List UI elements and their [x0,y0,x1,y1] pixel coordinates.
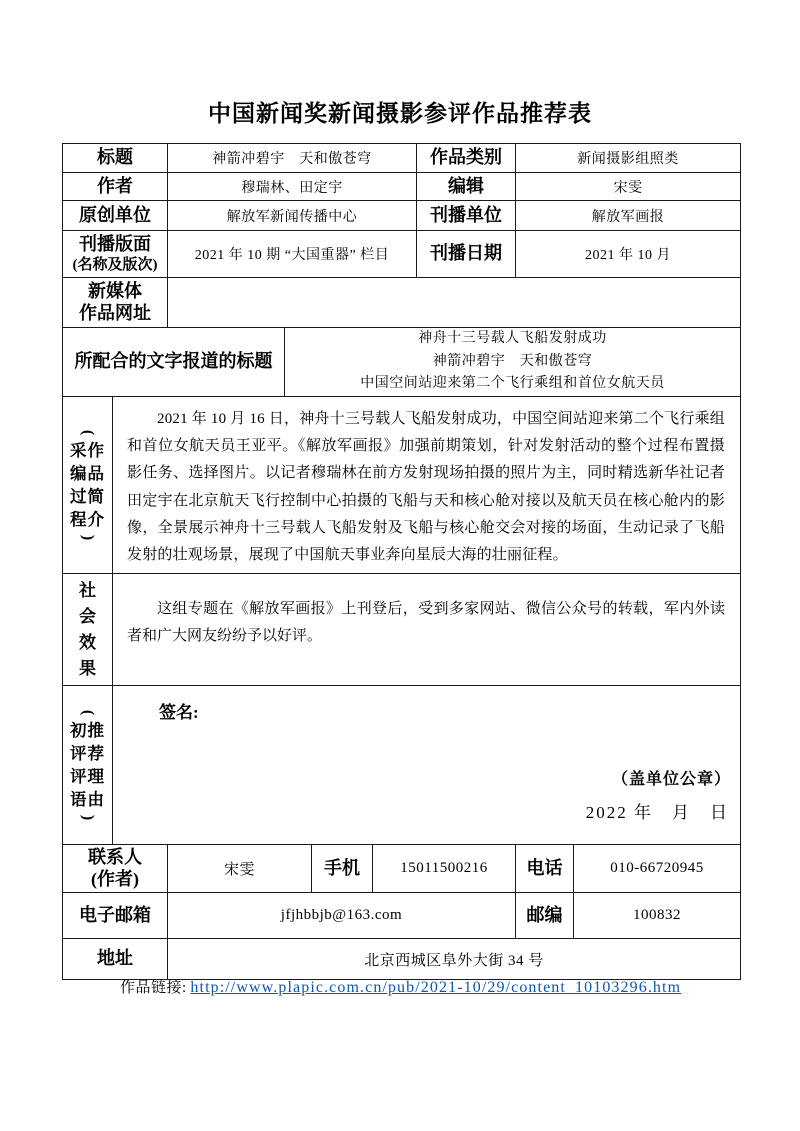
vertical-paren-close: ) [81,810,94,826]
social-effect-paragraph: 这组专题在《解放军画报》上刊登后，受到多家网站、微信公众号的转载，军内外读者和广… [113,596,740,664]
original-unit-label: 原创单位 [63,201,168,231]
table-row: 标题 神箭冲碧宇 天和傲苍穹 作品类别 新闻摄影组照类 [63,144,741,173]
table-row: ( 初推 评荐 评理 语由 ) 签名: （盖单位公章） 2022 年 月 日 [63,686,741,845]
recommendation-form-table: 标题 神箭冲碧宇 天和傲苍穹 作品类别 新闻摄影组照类 作者 穆瑞林、田定宇 编… [62,143,741,980]
category-label: 作品类别 [417,144,516,173]
social-effect-text-cell: 这组专题在《解放军画报》上刊登后，受到多家网站、微信公众号的转载，军内外读者和广… [113,574,741,686]
author-value: 穆瑞林、田定宇 [168,173,417,201]
category-value: 新闻摄影组照类 [516,144,741,173]
work-link-label: 作品链接: [120,980,187,996]
mobile-value: 15011500216 [373,845,516,893]
table-row: 地址 北京西城区阜外大街 34 号 [63,939,741,980]
layout-label-line1: 刊播版面 [63,234,167,256]
layout-label: 刊播版面 (名称及版次) [63,231,168,278]
table-row: 联系人 (作者) 宋雯 手机 15011500216 电话 010-667209… [63,845,741,893]
email-value: jfjhbbjb@163.com [168,893,516,939]
phone-label: 电话 [516,845,574,893]
contact-name-value: 宋雯 [168,845,312,893]
editor-label: 编辑 [417,173,516,201]
document-page: 中国新闻奖新闻摄影参评作品推荐表 标题 神箭冲碧宇 天和傲苍穹 作品类别 新闻摄… [0,0,800,1131]
layout-label-line2: (名称及版次) [63,256,167,274]
process-intro-vertical-label: ( 采作 编品 过简 程介 ) [63,397,113,574]
postcode-label: 邮编 [516,893,574,939]
publish-date-label: 刊播日期 [417,231,516,278]
author-label: 作者 [63,173,168,201]
newmedia-label: 新媒体 作品网址 [63,278,168,328]
date-line: 2022 年 月 日 [586,798,729,823]
mobile-label: 手机 [312,845,373,893]
email-label: 电子邮箱 [63,893,168,939]
work-link-url[interactable]: http://www.plapic.com.cn/pub/2021-10/29/… [190,979,681,996]
publish-unit-label: 刊播单位 [417,201,516,231]
table-row: 电子邮箱 jfjhbbjb@163.com 邮编 100832 [63,893,741,939]
recommend-reason-vertical-label: ( 初推 评荐 评理 语由 ) [63,686,113,845]
process-intro-text-cell: 2021 年 10 月 16 日，神舟十三号载人飞船发射成功，中国空间站迎来第二… [113,397,741,574]
text-report-value: 神舟十三号载人飞船发射成功 神箭冲碧宇 天和傲苍穹 中国空间站迎来第二个飞行乘组… [285,328,741,397]
original-unit-value: 解放军新闻传播中心 [168,201,417,231]
social-effect-vertical-label: 社 会 效 果 [63,574,113,686]
address-value: 北京西城区阜外大街 34 号 [168,939,741,980]
contact-label: 联系人 (作者) [63,845,168,893]
text-report-line3: 中国空间站迎来第二个飞行乘组和首位女航天员 [285,373,740,396]
vertical-paren-close: ) [81,530,94,546]
postcode-value: 100832 [574,893,741,939]
title-label: 标题 [63,144,168,173]
title-value: 神箭冲碧宇 天和傲苍穹 [168,144,417,173]
table-row: 原创单位 解放军新闻传播中心 刊播单位 解放军画报 [63,201,741,231]
newmedia-value [168,278,741,328]
process-intro-paragraph: 2021 年 10 月 16 日，神舟十三号载人飞船发射成功，中国空间站迎来第二… [113,397,740,573]
table-row: 作者 穆瑞林、田定宇 编辑 宋雯 [63,173,741,201]
publish-date-value: 2021 年 10 月 [516,231,741,278]
contact-label-line1: 联系人 [63,847,167,869]
table-row: 社 会 效 果 这组专题在《解放军画报》上刊登后，受到多家网站、微信公众号的转载… [63,574,741,686]
table-row: 新媒体 作品网址 [63,278,741,328]
phone-value: 010-66720945 [574,845,741,893]
seal-note: （盖单位公章） [612,766,731,789]
table-row: 刊播版面 (名称及版次) 2021 年 10 期 “大国重器” 栏目 刊播日期 … [63,231,741,278]
contact-label-line2: (作者) [63,869,167,891]
editor-value: 宋雯 [516,173,741,201]
newmedia-label-line2: 作品网址 [63,303,167,325]
address-label: 地址 [63,939,168,980]
text-report-line1: 神舟十三号载人飞船发射成功 [285,328,740,351]
recommend-signature-cell: 签名: （盖单位公章） 2022 年 月 日 [113,686,741,845]
vertical-paren-open: ( [81,425,94,441]
text-report-line2: 神箭冲碧宇 天和傲苍穹 [285,351,740,374]
table-row: 所配合的文字报道的标题 神舟十三号载人飞船发射成功 神箭冲碧宇 天和傲苍穹 中国… [63,328,741,397]
layout-value: 2021 年 10 期 “大国重器” 栏目 [168,231,417,278]
work-link-row: 作品链接: http://www.plapic.com.cn/pub/2021-… [120,976,681,997]
signature-label: 签名: [159,698,199,723]
newmedia-label-line1: 新媒体 [63,281,167,303]
page-title: 中国新闻奖新闻摄影参评作品推荐表 [0,95,800,128]
text-report-label: 所配合的文字报道的标题 [63,328,285,397]
vertical-paren-open: ( [81,705,94,721]
table-row: ( 采作 编品 过简 程介 ) 2021 年 10 月 16 日，神舟十三号载人… [63,397,741,574]
publish-unit-value: 解放军画报 [516,201,741,231]
